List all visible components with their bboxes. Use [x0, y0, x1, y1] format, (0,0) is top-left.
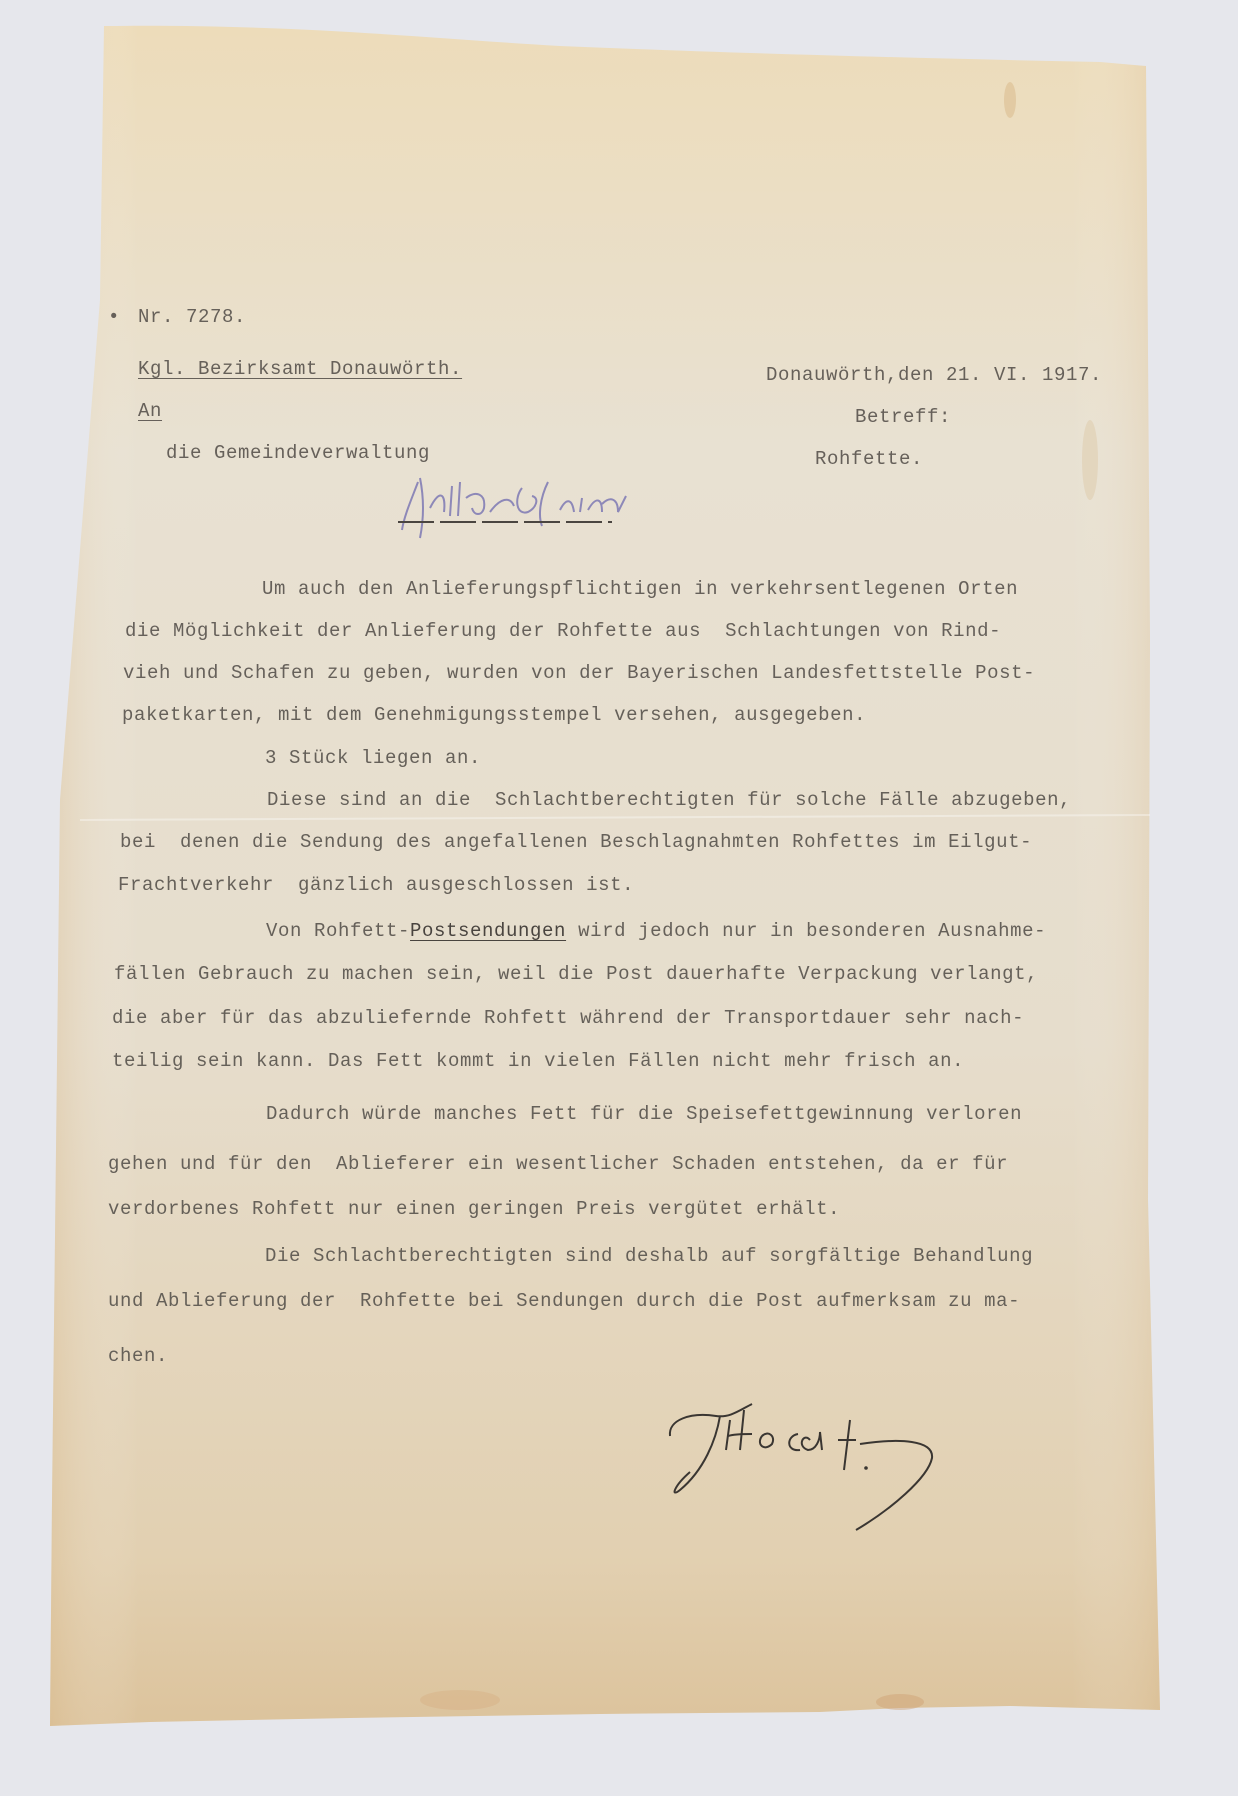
body-line-12: teilig sein kann. Das Fett kommt in viel… — [112, 1050, 964, 1072]
sender-office: Kgl. Bezirksamt Donauwörth. — [138, 358, 462, 380]
body-line-18: chen. — [108, 1345, 168, 1367]
body-line-6: Diese sind an die Schlachtberechtigten f… — [267, 789, 1071, 811]
place-date: Donauwörth,den 21. VI. 1917. — [766, 364, 1102, 386]
body-line-15: verdorbenes Rohfett nur einen geringen P… — [108, 1198, 840, 1220]
body-line-5: 3 Stück liegen an. — [265, 747, 481, 769]
body-line-8: Frachtverkehr gänzlich ausgeschlossen is… — [118, 874, 634, 896]
body-line-16: Die Schlachtberechtigten sind deshalb au… — [265, 1245, 1033, 1267]
addressee: die Gemeindeverwaltung — [166, 442, 430, 464]
pencil-handwriting-icon — [390, 468, 680, 548]
body-line-9: Von Rohfett-Postsendungen wird jedoch nu… — [266, 920, 1046, 942]
body-line-7: bei denen die Sendung des angefallenen B… — [120, 831, 1032, 853]
addressee-prefix: An — [138, 400, 162, 422]
body-line-9-end: wird jedoch nur in besonderen Ausnahme- — [566, 920, 1046, 942]
body-line-1: Um auch den Anlieferungspflichtigen in v… — [262, 578, 1018, 600]
body-line-4: paketkarten, mit dem Genehmigungsstempel… — [122, 704, 866, 726]
document-sheet: • Nr. 7278. Kgl. Bezirksamt Donauwörth. … — [0, 0, 1238, 1796]
postsendungen-underlined: Postsendungen — [410, 920, 566, 942]
body-line-13: Dadurch würde manches Fett für die Speis… — [266, 1103, 1022, 1125]
body-line-14: gehen und für den Ablieferer ein wesentl… — [108, 1153, 1008, 1175]
bullet-mark: • — [108, 306, 120, 328]
subject: Rohfette. — [815, 448, 923, 470]
body-line-2: die Möglichkeit der Anlieferung der Rohf… — [125, 620, 1001, 642]
signature-icon — [660, 1400, 1000, 1560]
body-line-17: und Ablieferung der Rohfette bei Sendung… — [108, 1290, 1020, 1312]
reference-number: Nr. 7278. — [138, 306, 246, 328]
addressee-handwritten — [390, 468, 680, 548]
body-line-11: die aber für das abzuliefernde Rohfett w… — [112, 1007, 1024, 1029]
body-line-3: vieh und Schafen zu geben, wurden von de… — [123, 662, 1035, 684]
body-line-9-start: Von Rohfett- — [266, 920, 410, 942]
signature — [660, 1400, 1000, 1560]
subject-label: Betreff: — [855, 406, 951, 428]
paper-shape — [0, 0, 1238, 1796]
body-line-10: fällen Gebrauch zu machen sein, weil die… — [114, 963, 1038, 985]
